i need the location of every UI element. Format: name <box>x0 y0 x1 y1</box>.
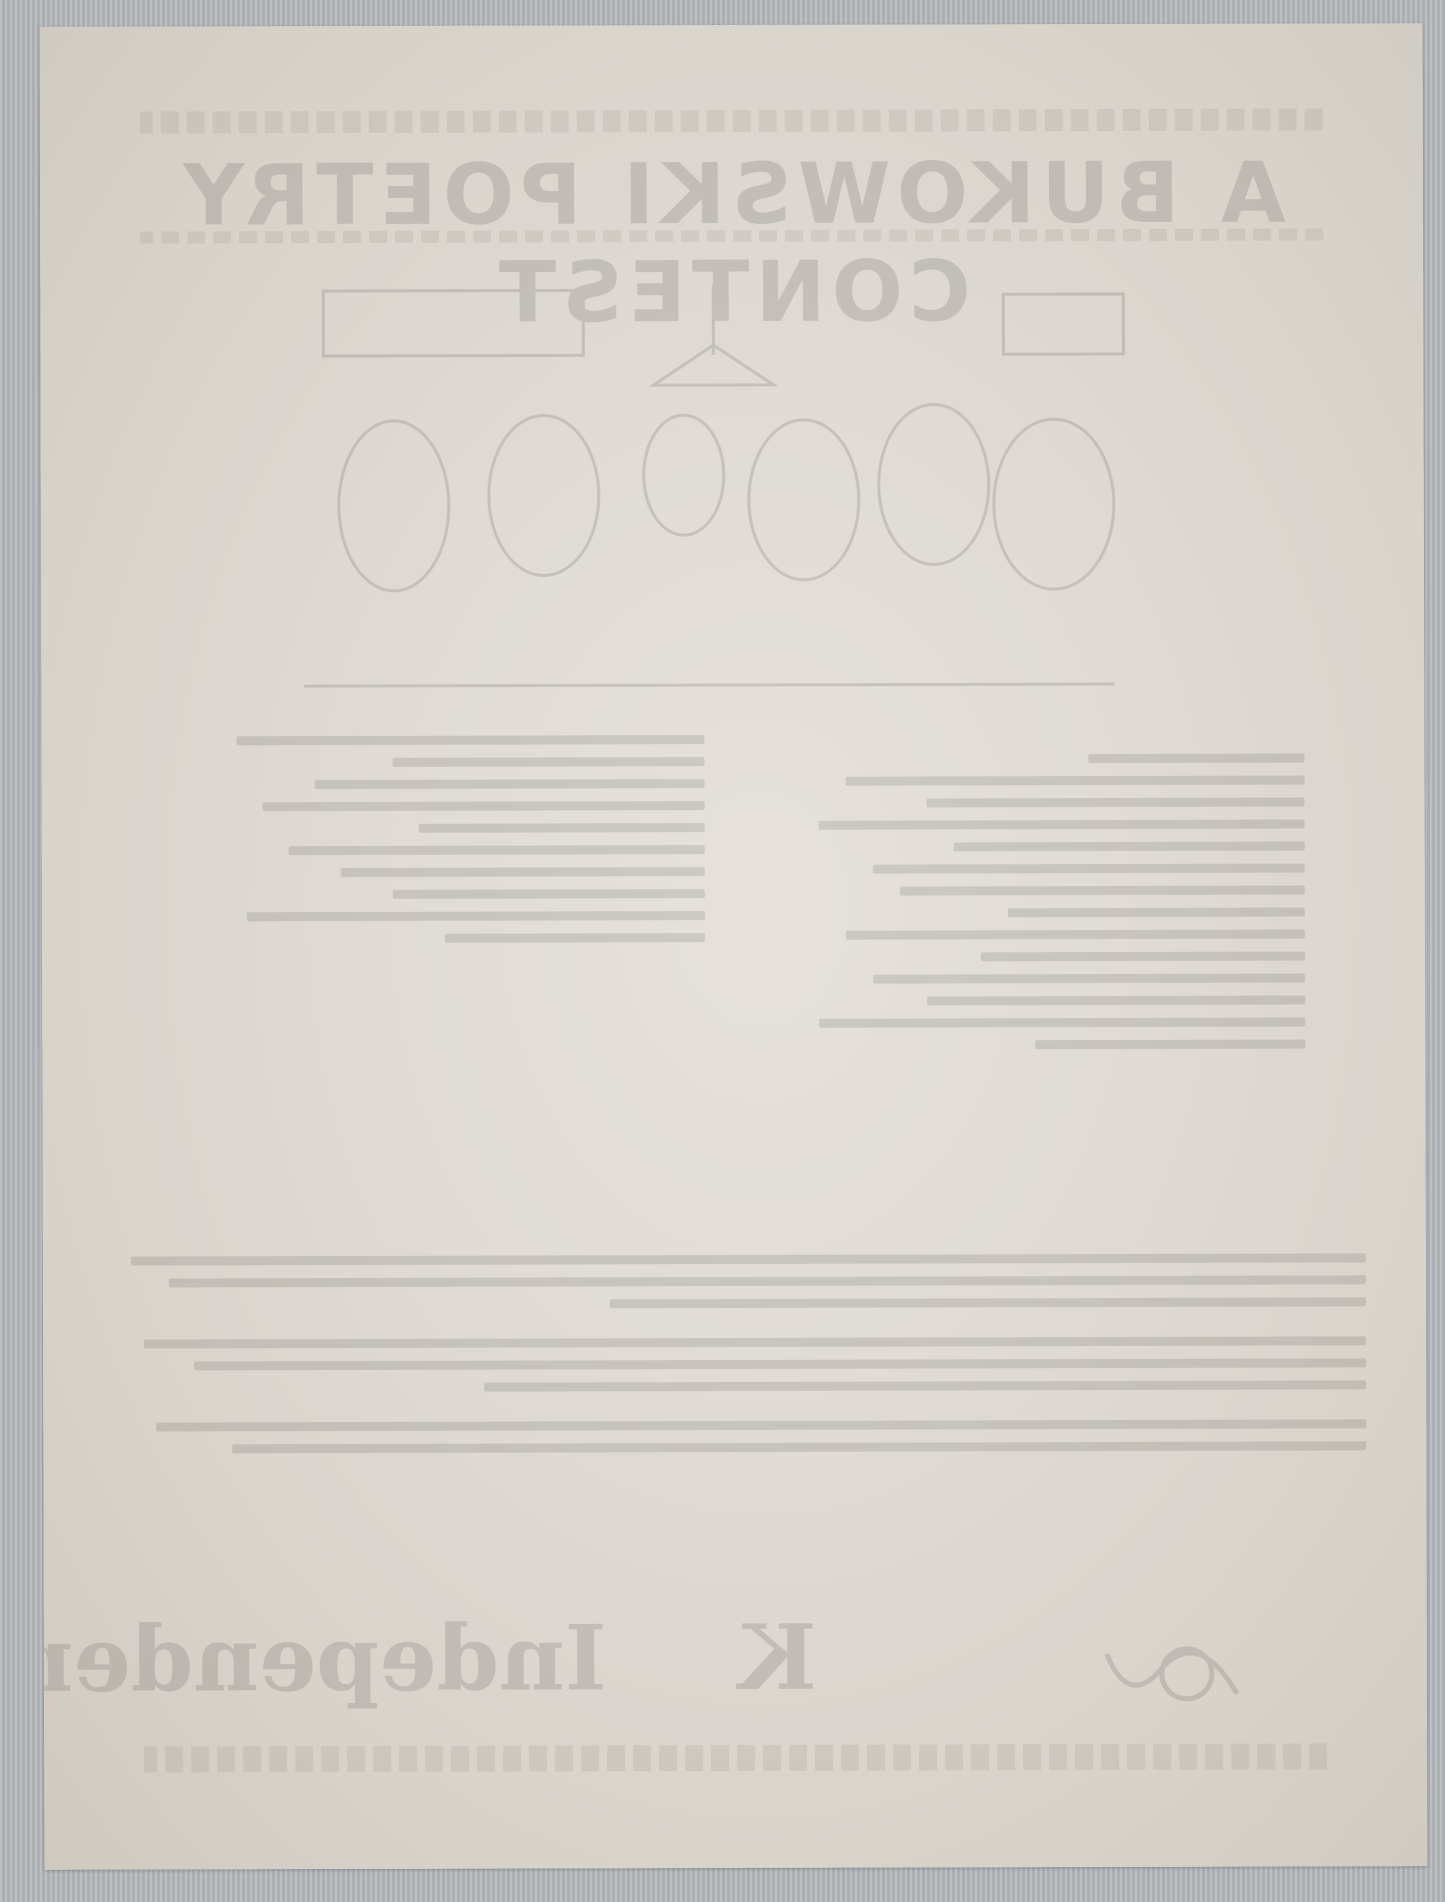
mirrored-left-column <box>184 735 705 956</box>
mirrored-logo-emblem <box>1097 1614 1257 1724</box>
mirrored-show-through: A BUKOWSKI POETRY CONTEST <box>40 23 1428 1870</box>
mirrored-right-column <box>764 754 1305 1063</box>
mirrored-logo-k: K <box>738 1605 817 1711</box>
paper-sheet: A BUKOWSKI POETRY CONTEST <box>40 23 1428 1870</box>
mirrored-logo-independent: Independent <box>40 1605 607 1713</box>
mirrored-bottom-text <box>106 1253 1367 1466</box>
cartoon-illustration <box>283 284 1134 706</box>
top-border-strip <box>140 108 1323 133</box>
bottom-border-strip <box>144 1743 1327 1772</box>
